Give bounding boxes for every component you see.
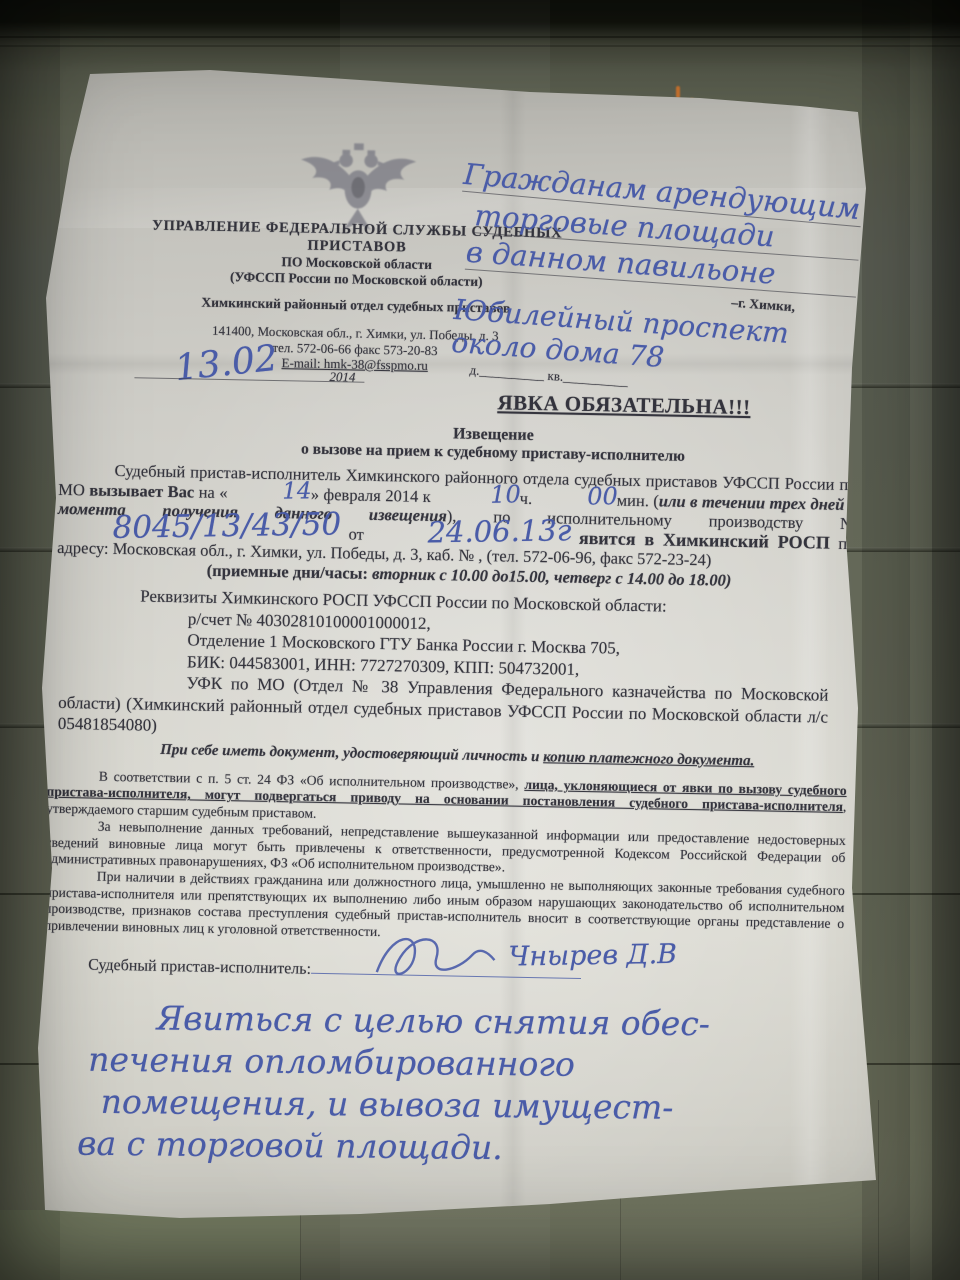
handwritten-minute: 00 bbox=[531, 484, 618, 509]
handwritten-case-number: 8045/13/43/50 bbox=[56, 509, 341, 544]
wall-bottom-strip bbox=[0, 1210, 300, 1280]
handwritten-hour: 10 bbox=[434, 482, 521, 507]
summons-document-paper: УПРАВЛЕНИЕ ФЕДЕРАЛЬНОЙ СЛУЖБЫ СУДЕБНЫХ П… bbox=[30, 68, 882, 1224]
photo-of-summons-on-wall: УПРАВЛЕНИЕ ФЕДЕРАЛЬНОЙ СЛУЖБЫ СУДЕБНЫХ П… bbox=[0, 0, 960, 1280]
requisites-ufk: УФК по МО (Отдел № 38 Управления Федерал… bbox=[58, 670, 829, 749]
hours-label: (приемные дни/часы: bbox=[207, 560, 373, 582]
addressee-block: Гражданам арендующим торговые площади в … bbox=[449, 160, 863, 405]
summons-text: мин. ( bbox=[617, 490, 660, 510]
summons-text: на « bbox=[194, 482, 228, 502]
handwritten-note-line: Явиться с целью снятия обес- bbox=[156, 997, 846, 1046]
notice-title-block: Извещение о вызове на прием к судебному … bbox=[143, 419, 844, 468]
flash-glint bbox=[676, 86, 680, 98]
summons-text: » февраля 2014 к bbox=[311, 484, 436, 505]
date-year: 2014 bbox=[329, 369, 355, 385]
wall-shade-band bbox=[862, 0, 910, 1280]
handwritten-bottom-note: Явиться с целью снятия обес- печения опл… bbox=[65, 997, 847, 1173]
summons-paragraph: Судебный пристав-исполнитель Химкинского… bbox=[57, 460, 857, 592]
summons-text: от bbox=[340, 524, 373, 544]
handwritten-case-date: 24.06.13г bbox=[371, 516, 571, 548]
signature-row: Судебный пристав-исполнитель: Чнырев Д.В bbox=[88, 957, 808, 989]
wall-seam bbox=[878, 1100, 879, 1280]
summons-bold: вызывает Вас bbox=[89, 480, 194, 501]
legal-text-block: В соответствии с п. 5 ст. 24 ФЗ «Об испо… bbox=[44, 768, 847, 950]
requisites-block: Реквизиты Химкинского РОСП УФССП России … bbox=[58, 584, 851, 750]
document-content: УПРАВЛЕНИЕ ФЕДЕРАЛЬНОЙ СЛУЖБЫ СУДЕБНЫХ П… bbox=[8, 67, 882, 1239]
bring-text-underlined: копию платежного документа. bbox=[543, 749, 754, 769]
handwritten-signature-name: Чнырев Д.В bbox=[508, 939, 677, 973]
handwritten-day: 14 bbox=[226, 480, 312, 504]
handwritten-note-line: ва с торговой площади. bbox=[77, 1123, 845, 1173]
wall-shade-band bbox=[932, 0, 960, 1280]
bring-text: При себе иметь документ, удостоверяющий … bbox=[160, 742, 543, 765]
signature-label: Судебный пристав-исполнитель: bbox=[88, 957, 311, 978]
